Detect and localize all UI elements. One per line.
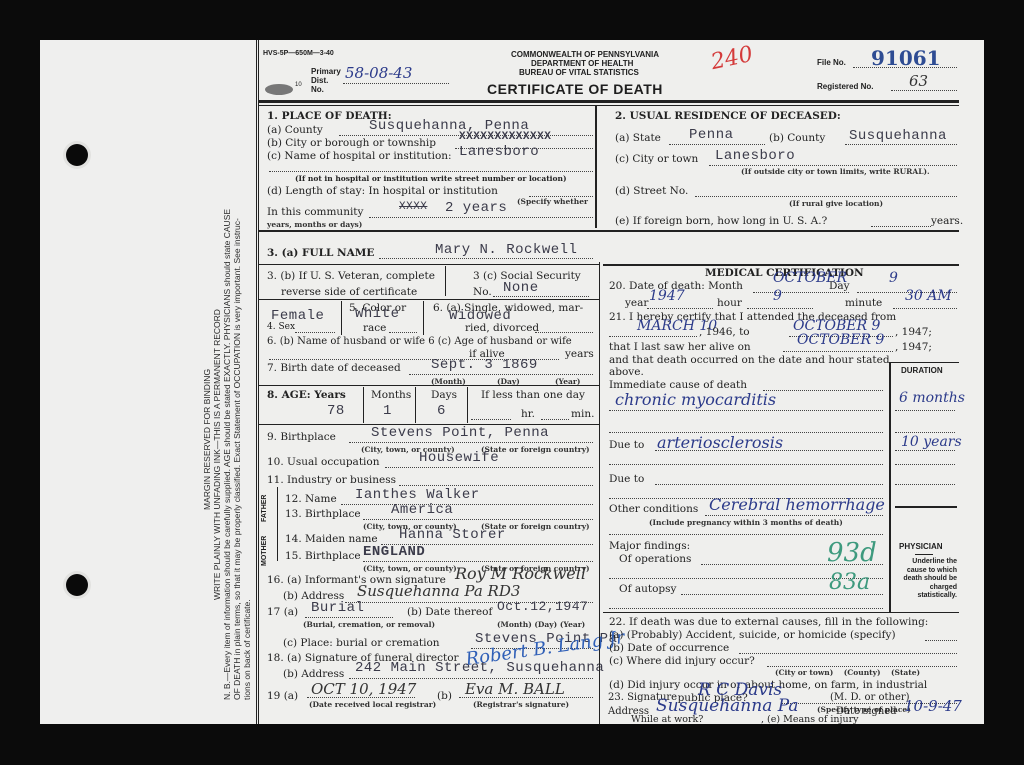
operations-label: Of operations xyxy=(619,553,691,565)
father-birthplace-label: 13. Birthplace xyxy=(285,508,361,520)
dod-year: 1947 xyxy=(649,288,685,304)
father-name-value: Ianthes Walker xyxy=(355,487,480,503)
community-label: In this community xyxy=(267,206,363,218)
res-state-label: (a) State xyxy=(615,132,661,144)
major-findings-label: Major findings: xyxy=(609,540,690,552)
stated-line-1: and that death occurred on the date and … xyxy=(609,354,890,366)
veteran-label-2: reverse side of certificate xyxy=(281,286,417,298)
res-foreign-label: (e) If foreign born, how long in U. S. A… xyxy=(615,215,827,227)
stay-label: (d) Length of stay: In hospital or insti… xyxy=(267,185,498,197)
registrar-date-note: (Date received local registrar) xyxy=(309,700,436,709)
duration-heading: DURATION xyxy=(901,366,943,375)
age-days-value: 6 xyxy=(437,403,446,419)
agency-line-2: DEPARTMENT OF HEALTH xyxy=(531,59,633,68)
punch-hole-bottom xyxy=(66,574,88,596)
external-a-label: (a) (Probably) Accident, suicide, or hom… xyxy=(609,629,896,641)
birthplace-label: 9. Birthplace xyxy=(267,431,336,443)
agency-line-1: COMMONWEALTH OF PENNSYLVANIA xyxy=(511,50,659,59)
seal-emblem-icon xyxy=(265,84,293,95)
agency-line-3: BUREAU OF VITAL STATISTICS xyxy=(519,68,639,77)
city-label: (b) City or borough or township xyxy=(267,137,436,149)
physician-heading: PHYSICIAN xyxy=(899,542,943,551)
res-city-note: (If outside city or town limits, write R… xyxy=(741,167,930,176)
dod-day: 9 xyxy=(889,270,898,286)
registrar-signature: Eva M. BALL xyxy=(465,680,565,698)
mother-birthplace-value: ENGLAND xyxy=(363,544,425,560)
punch-hole-top xyxy=(66,144,88,166)
res-county-label: (b) County xyxy=(769,132,825,144)
age-months-label: Months xyxy=(371,389,411,401)
city-value-struck: XXXXXXXXXXXXX xyxy=(459,131,551,143)
spouse-years: years xyxy=(565,348,594,360)
other-conditions-value: Cerebral hemorrhage xyxy=(709,495,885,514)
burial-note: (Burial, cremation, or removal) xyxy=(303,620,435,629)
father-birthplace-value: America xyxy=(391,502,453,518)
stated-line-2: above. xyxy=(609,366,644,378)
sex-label: 4. Sex xyxy=(267,322,295,332)
dod-hour-label: hour xyxy=(717,297,742,309)
birth-value: Sept. 3 1869 xyxy=(431,357,538,373)
veteran-label-1: 3. (b) If U. S. Veteran, complete xyxy=(267,270,435,282)
industry-label: 11. Industry or business xyxy=(267,474,396,486)
county-label: (a) County xyxy=(267,124,323,136)
physician-address: Susquehanna Pa xyxy=(656,696,799,716)
registrar-date: OCT 10, 1947 xyxy=(311,680,416,698)
res-city-label: (c) City or town xyxy=(615,153,698,165)
due-to-1-label: Due to xyxy=(609,439,644,451)
death-certificate-sheet: MARGIN RESERVED FOR BINDING WRITE PLAINL… xyxy=(40,40,984,724)
min-label: min. xyxy=(571,408,594,420)
birthplace-value: Stevens Point, Penna xyxy=(371,425,549,441)
burial-label: 17 (a) xyxy=(267,606,298,618)
specify-note: (Specify whether xyxy=(517,197,588,206)
primary-dist-value: 58-08-43 xyxy=(345,64,412,82)
age-years-label: 8. AGE: Years xyxy=(267,389,346,401)
md-or-other-label: (M. D. or other) xyxy=(830,692,910,703)
margin-line-5: tions on back of certificate. xyxy=(242,599,252,700)
marital-label-2: ried, divorced xyxy=(465,322,539,334)
dod-minute: 30 AM xyxy=(905,288,952,304)
other-conditions-note: (Include pregnancy within 3 months of de… xyxy=(649,518,843,527)
registrar-b-label: (b) xyxy=(437,690,452,702)
physician-address-label: Address xyxy=(608,706,649,717)
funeral-address-value: 242 Main Street, Susquehanna xyxy=(355,660,604,676)
external-heading: 22. If death was due to external causes,… xyxy=(609,616,928,628)
birth-label: 7. Birth date of deceased xyxy=(267,362,401,374)
full-name-value: Mary N. Rockwell xyxy=(435,242,577,258)
registrar-signature-note: (Registrar's signature) xyxy=(473,700,569,709)
hr-label: hr. xyxy=(521,408,535,420)
less-than-day-label: If less than one day xyxy=(481,389,585,401)
due-to-2-label: Due to xyxy=(609,473,644,485)
margin-line-1: MARGIN RESERVED FOR BINDING xyxy=(202,369,212,510)
mother-side-label: MOTHER xyxy=(261,536,268,566)
burial-date-label: (b) Date thereof xyxy=(407,606,492,618)
burial-value: Burial xyxy=(311,600,364,616)
margin-line-3: N. B.—Every item of information should b… xyxy=(222,209,232,700)
occupation-label: 10. Usual occupation xyxy=(267,456,379,468)
burial-date-value: Oct.12,1947 xyxy=(497,599,588,614)
date-signed-value: 10-9-47 xyxy=(904,697,962,715)
dod-day-label: Day xyxy=(829,280,850,292)
last-saw-label: that I last saw her alive on xyxy=(609,341,751,353)
margin-line-4: OF DEATH in plain terms, so that it may … xyxy=(232,218,242,700)
res-city-value: Lanesboro xyxy=(715,148,795,164)
spouse-label: 6. (b) Name of husband or wife 6 (c) Age… xyxy=(267,336,572,347)
hospital-label: (c) Name of hospital or institution: xyxy=(267,150,452,162)
age-days-label: Days xyxy=(431,389,457,401)
certificate-title: CERTIFICATE OF DEATH xyxy=(487,81,663,97)
external-c-note: (City or town) (County) (State) xyxy=(775,668,920,677)
binding-margin: MARGIN RESERVED FOR BINDING WRITE PLAINL… xyxy=(40,40,258,724)
color-label-2: race xyxy=(363,322,386,334)
father-name-label: 12. Name xyxy=(285,493,337,505)
father-side-label: FATHER xyxy=(261,495,268,522)
registered-no-label: Registered No. xyxy=(817,82,873,91)
burial-date-note: (Month) (Day) (Year) xyxy=(497,620,585,629)
attended-to-year: , 1947; xyxy=(895,326,932,338)
hospital-note: (If not in hospital or institution write… xyxy=(295,174,567,183)
certificate-form: HVS-5P—650M—3-40 Primary Dist. No. 58-08… xyxy=(256,40,984,724)
external-b-label: (b) Date of occurrence xyxy=(609,642,729,654)
dod-hour: 9 xyxy=(773,288,782,304)
dod-minute-label: minute xyxy=(845,297,882,309)
due-to-1-duration: 10 years xyxy=(901,434,962,450)
burial-place-label: (c) Place: burial or cremation xyxy=(283,637,440,649)
registered-no-value: 63 xyxy=(909,72,928,90)
mother-city-note: (City, town, or county) xyxy=(363,564,457,573)
mother-name-value: Hanna Storer xyxy=(399,527,506,543)
age-years-value: 78 xyxy=(327,403,345,419)
margin-line-2: WRITE PLAINLY WITH UNFADING INK—THIS IS … xyxy=(212,309,222,600)
physician-note: Underline the cause to which death shoul… xyxy=(897,558,957,601)
funeral-address-label: (b) Address xyxy=(283,668,344,680)
autopsy-code: 83a xyxy=(829,570,870,595)
external-c-label: (c) Where did injury occur? xyxy=(609,655,755,667)
res-state-value: Penna xyxy=(689,127,734,143)
ssn-label-2: No. xyxy=(473,286,492,298)
red-annotation: 240 xyxy=(709,42,755,75)
mother-birthplace-label: 15. Birthplace xyxy=(285,550,361,562)
res-foreign-suffix: years. xyxy=(931,215,963,227)
file-no-label: File No. xyxy=(817,58,846,67)
seal-number: 10 xyxy=(295,82,302,88)
last-saw-year: , 1947; xyxy=(895,341,932,353)
full-name-label: 3. (a) FULL NAME xyxy=(267,247,374,259)
color-value: White xyxy=(355,306,400,322)
informant-signature: Roy M Rockwell xyxy=(455,564,586,583)
age-months-value: 1 xyxy=(383,403,392,419)
hospital-value: Lanesboro xyxy=(459,144,539,160)
community-note: years, months or days) xyxy=(267,220,362,229)
immediate-cause-value: chronic myocarditis xyxy=(615,390,776,409)
residence-heading: 2. USUAL RESIDENCE OF DECEASED: xyxy=(615,110,841,122)
autopsy-label: Of autopsy xyxy=(619,583,676,595)
other-conditions-label: Other conditions xyxy=(609,503,698,515)
primary-dist-label: Primary Dist. No. xyxy=(311,67,341,94)
attended-from-year: , 1946, to xyxy=(699,326,750,338)
form-code: HVS-5P—650M—3-40 xyxy=(263,50,334,57)
res-county-value: Susquehanna xyxy=(849,128,947,144)
community-struck: XXXX xyxy=(399,201,427,213)
registrar-label: 19 (a) xyxy=(267,690,298,702)
immediate-duration: 6 months xyxy=(899,390,965,406)
community-value: 2 years xyxy=(445,200,507,216)
dod-year-label: year xyxy=(625,297,648,309)
res-street-note: (If rural give location) xyxy=(789,199,883,208)
occupation-value: Housewife xyxy=(419,450,499,466)
ssn-value: None xyxy=(503,280,539,296)
last-saw-date: OCTOBER 9 xyxy=(797,332,884,348)
informant-address: Susquehanna Pa RD3 xyxy=(357,582,520,600)
date-signed-label: Date signed xyxy=(836,706,897,717)
res-street-label: (d) Street No. xyxy=(615,185,688,197)
